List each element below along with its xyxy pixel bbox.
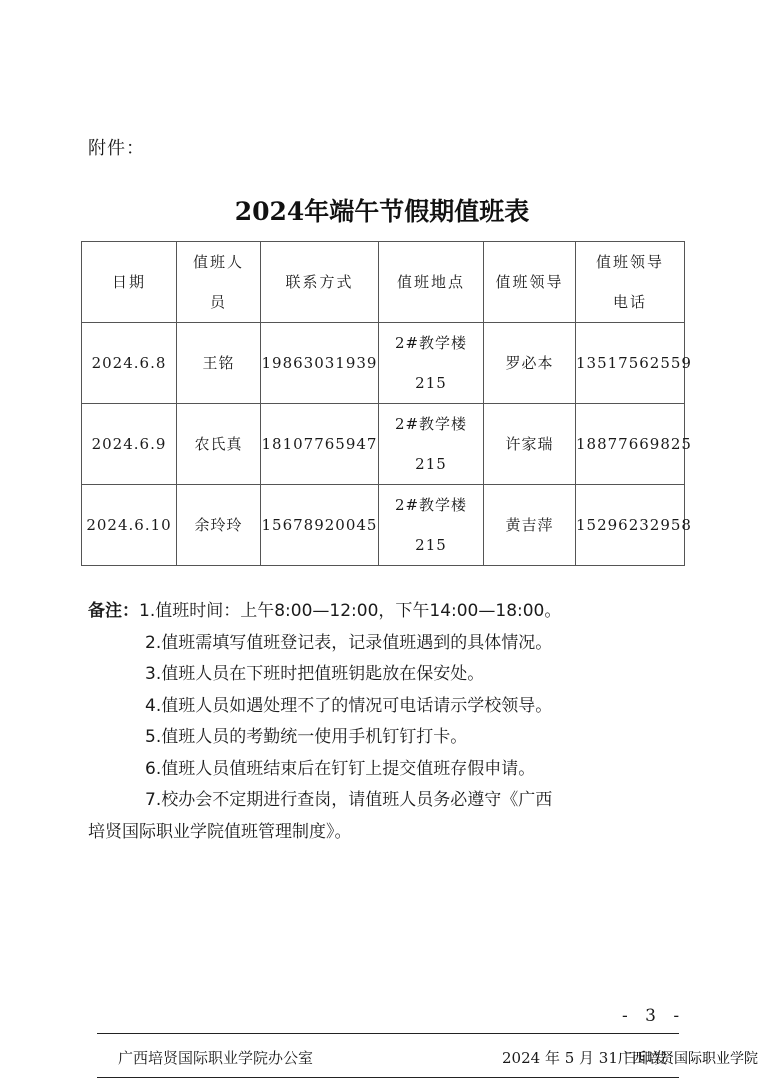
- cell-date: 2024.6.10: [82, 485, 177, 566]
- cell-staff: 王铭: [177, 323, 261, 404]
- cell-contact: 15678920045: [261, 485, 379, 566]
- cell-leader: 许家瑞: [484, 404, 576, 485]
- cell-leader-phone: 13517562559: [576, 323, 685, 404]
- header-leader-phone: 值班领导电话: [576, 242, 685, 323]
- cell-location: 2#教学楼215: [379, 404, 484, 485]
- cell-leader-phone: 15296232958: [576, 485, 685, 566]
- note-item-1: 备注：1.值班时间：上午8:00—12:00，下午14:00—18:00。: [88, 596, 678, 628]
- cell-leader: 罗必本: [484, 323, 576, 404]
- header-staff: 值班人员: [177, 242, 261, 323]
- footer-issuer: 广西培贤国际职业学院办公室: [118, 1047, 313, 1068]
- header-contact: 联系方式: [261, 242, 379, 323]
- cell-staff: 余玲玲: [177, 485, 261, 566]
- note-item-2: 2.值班需填写值班登记表，记录值班遇到的具体情况。: [88, 628, 678, 660]
- cell-date: 2024.6.9: [82, 404, 177, 485]
- document-title: 2024年端午节假期值班表: [0, 192, 764, 228]
- cell-location: 2#教学楼215: [379, 485, 484, 566]
- table-row: 2024.6.9 农氏真 18107765947 2#教学楼215 许家瑞 18…: [82, 404, 685, 485]
- cell-location: 2#教学楼215: [379, 323, 484, 404]
- cell-contact: 18107765947: [261, 404, 379, 485]
- note-item-6: 6.值班人员值班结束后在钉钉上提交值班存假申请。: [88, 754, 678, 786]
- cell-leader-phone: 18877669825: [576, 404, 685, 485]
- table-header-row: 日期 值班人员 联系方式 值班地点 值班领导 值班领导电话: [82, 242, 685, 323]
- note-item-5: 5.值班人员的考勤统一使用手机钉钉打卡。: [88, 722, 678, 754]
- watermark-text: 广西培贤国际职业学院: [618, 1048, 758, 1068]
- note-item-7: 7.校办会不定期进行查岗，请值班人员务必遵守《广西: [88, 785, 678, 817]
- header-date: 日期: [82, 242, 177, 323]
- table-row: 2024.6.10 余玲玲 15678920045 2#教学楼215 黄吉萍 1…: [82, 485, 685, 566]
- header-leader: 值班领导: [484, 242, 576, 323]
- table-row: 2024.6.8 王铭 19863031939 2#教学楼215 罗必本 135…: [82, 323, 685, 404]
- note-item-7-continuation: 培贤国际职业学院值班管理制度》。: [88, 817, 678, 849]
- attachment-label: 附件：: [88, 134, 145, 160]
- footer-rule-bottom: [97, 1077, 679, 1078]
- notes-label: 备注：: [88, 601, 139, 621]
- note-item-3: 3.值班人员在下班时把值班钥匙放在保安处。: [88, 659, 678, 691]
- cell-contact: 19863031939: [261, 323, 379, 404]
- note-item-4: 4.值班人员如遇处理不了的情况可电话请示学校领导。: [88, 691, 678, 723]
- footer-rule-top: [97, 1033, 679, 1034]
- header-location: 值班地点: [379, 242, 484, 323]
- cell-date: 2024.6.8: [82, 323, 177, 404]
- cell-leader: 黄吉萍: [484, 485, 576, 566]
- cell-staff: 农氏真: [177, 404, 261, 485]
- notes-section: 备注：1.值班时间：上午8:00—12:00，下午14:00—18:00。 2.…: [88, 596, 678, 848]
- duty-schedule-table: 日期 值班人员 联系方式 值班地点 值班领导 值班领导电话 2024.6.8 王…: [81, 241, 685, 566]
- page-number: - 3 -: [622, 1006, 685, 1026]
